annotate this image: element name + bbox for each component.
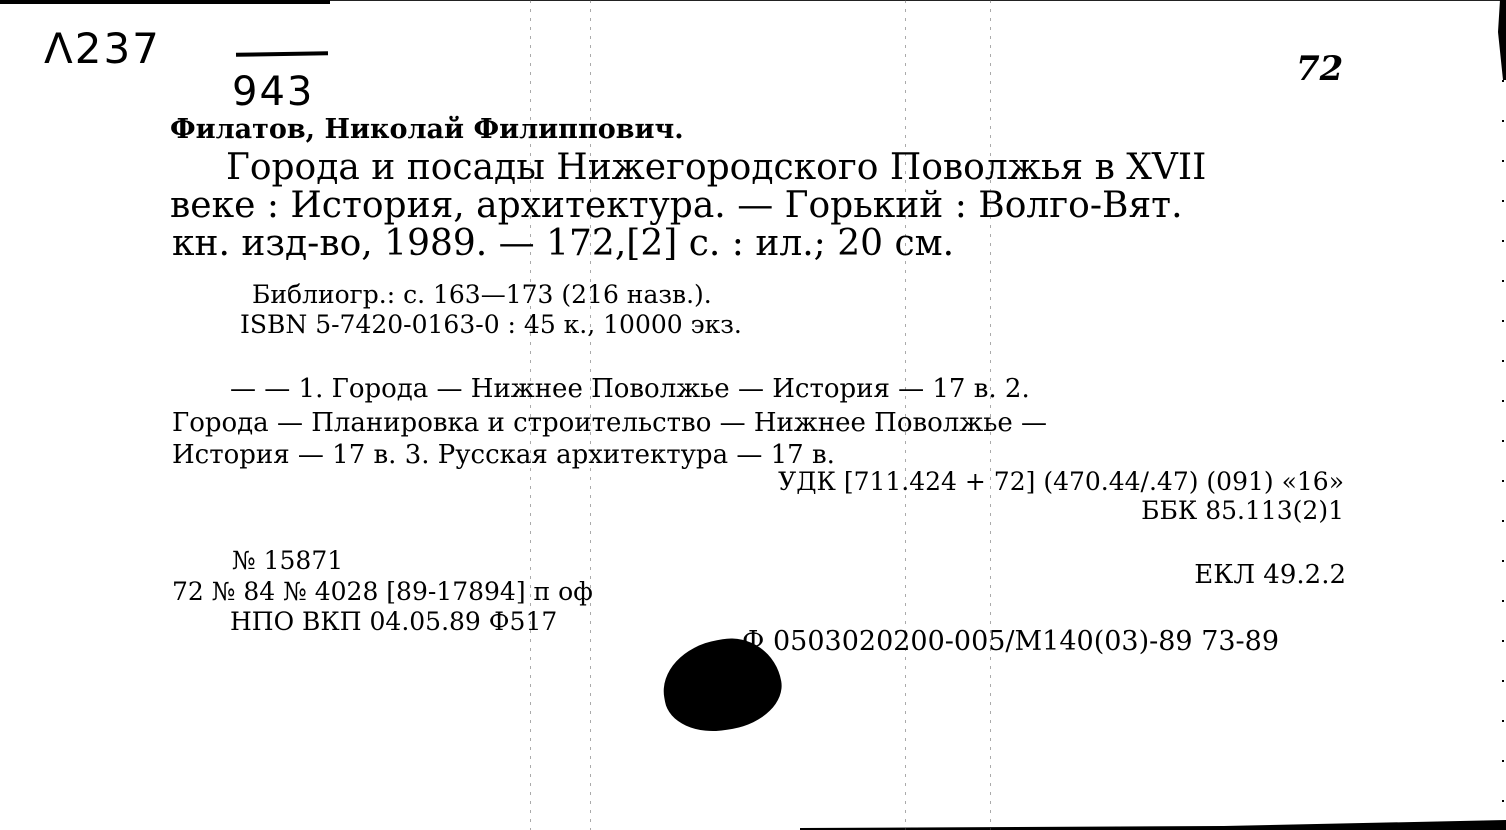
shelf-mark-top: Λ237 xyxy=(44,28,161,70)
scan-edge-top xyxy=(0,0,330,4)
publisher-code: Ф 0503020200-005/М140(03)-89 73-89 xyxy=(742,628,1279,655)
isbn-line: ISBN 5-7420-0163-0 : 45 к., 10000 экз. xyxy=(240,312,742,337)
catalog-line: № 15871 xyxy=(232,548,343,573)
scan-edge-top-line xyxy=(330,0,1506,1)
bbk-classification: ББК 85.113(2)1 xyxy=(1141,498,1344,523)
card-number: 72 xyxy=(1296,52,1343,86)
title-line: кн. изд-во, 1989. — 172,[2] с. : ил.; 20… xyxy=(172,226,954,262)
bibliography-note: Библиогр.: с. 163—173 (216 назв.). xyxy=(252,282,712,307)
shelf-mark-bottom: 943 xyxy=(232,72,314,112)
catalog-line: 72 № 84 № 4028 [89-17894] п оф xyxy=(172,579,593,604)
catalog-line: НПО ВКП 04.05.89 Ф517 xyxy=(230,609,557,634)
shelf-mark-divider xyxy=(236,51,328,57)
title-line: веке : История, архитектура. — Горький :… xyxy=(170,188,1183,224)
scan-edge-right xyxy=(1496,0,1506,80)
subject-line: История — 17 в. 3. Русская архитектура —… xyxy=(172,442,835,468)
subject-line: Города — Планировка и строительство — Ни… xyxy=(172,410,1047,436)
catalog-card: Λ237 943 72 Филатов, Николай Филиппович.… xyxy=(0,0,1506,830)
title-line: Города и посады Нижегородского Поволжья … xyxy=(226,150,1206,186)
author-heading: Филатов, Николай Филиппович. xyxy=(170,116,684,143)
udk-classification: УДК [711.424 + 72] (470.44/.47) (091) «1… xyxy=(778,469,1344,494)
ekl-classification: ЕКЛ 49.2.2 xyxy=(1194,562,1346,588)
subject-line: — — 1. Города — Нижнее Поволжье — Истори… xyxy=(230,376,1030,402)
scan-edge-right-line xyxy=(1502,80,1504,820)
